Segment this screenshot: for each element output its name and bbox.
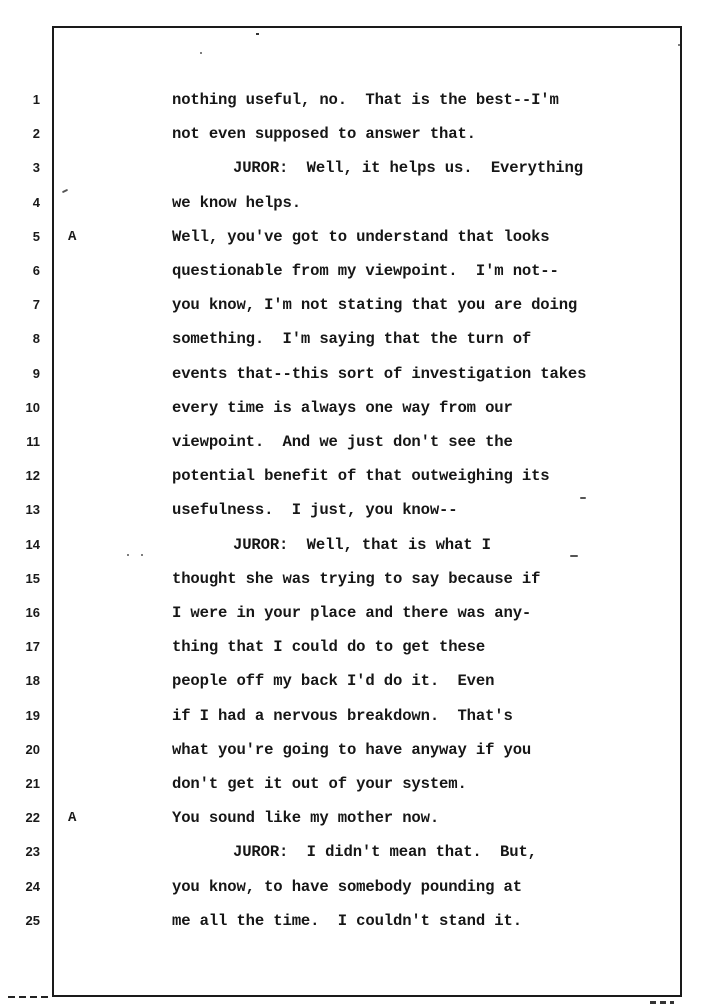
transcript-line: you know, I'm not stating that you are d… <box>172 296 577 314</box>
transcript-line: JUROR: Well, that is what I <box>233 536 491 554</box>
transcript-line: people off my back I'd do it. Even <box>172 672 494 690</box>
line-number: 20 <box>10 742 40 758</box>
transcript-line: don't get it out of your system. <box>172 775 467 793</box>
scan-speck <box>570 555 578 557</box>
line-number: 6 <box>10 263 40 279</box>
transcript-line: thought she was trying to say because if <box>172 570 540 588</box>
line-number: 9 <box>10 366 40 382</box>
transcript-line: Well, you've got to understand that look… <box>172 228 550 246</box>
answer-marker: A <box>68 229 76 245</box>
transcript-line: you know, to have somebody pounding at <box>172 878 522 896</box>
transcript-line: usefulness. I just, you know-- <box>172 501 457 519</box>
scan-speck <box>200 52 202 54</box>
line-number: 11 <box>10 434 40 450</box>
line-number: 16 <box>10 605 40 621</box>
transcript-line: thing that I could do to get these <box>172 638 485 656</box>
scan-speck <box>678 44 680 46</box>
line-number: 23 <box>10 844 40 860</box>
line-number: 18 <box>10 673 40 689</box>
transcript-line: if I had a nervous breakdown. That's <box>172 707 513 725</box>
line-number: 1 <box>10 92 40 108</box>
answer-marker: A <box>68 810 76 826</box>
line-number: 13 <box>10 502 40 518</box>
transcript-line: something. I'm saying that the turn of <box>172 330 531 348</box>
line-number: 25 <box>10 913 40 929</box>
scan-speck <box>127 554 129 556</box>
line-number: 21 <box>10 776 40 792</box>
line-number: 8 <box>10 331 40 347</box>
transcript-line: what you're going to have anyway if you <box>172 741 531 759</box>
transcript-line: JUROR: I didn't mean that. But, <box>233 843 537 861</box>
line-number: 15 <box>10 571 40 587</box>
scan-speck <box>580 497 586 499</box>
scan-artifact-mark <box>256 33 259 35</box>
transcript-line: viewpoint. And we just don't see the <box>172 433 513 451</box>
scan-speck <box>141 554 143 556</box>
transcript-line: we know helps. <box>172 194 301 212</box>
line-number: 5 <box>10 229 40 245</box>
transcript-line: JUROR: Well, it helps us. Everything <box>233 159 583 177</box>
page-number-fragment <box>650 1001 674 1004</box>
line-number: 10 <box>10 400 40 416</box>
transcript-line: questionable from my viewpoint. I'm not-… <box>172 262 559 280</box>
line-number: 12 <box>10 468 40 484</box>
line-number: 19 <box>10 708 40 724</box>
line-number: 2 <box>10 126 40 142</box>
line-number: 24 <box>10 879 40 895</box>
transcript-line: nothing useful, no. That is the best--I'… <box>172 91 559 109</box>
transcript-line: events that--this sort of investigation … <box>172 365 586 383</box>
transcript-line: not even supposed to answer that. <box>172 125 476 143</box>
transcript-line: every time is always one way from our <box>172 399 513 417</box>
line-number: 7 <box>10 297 40 313</box>
transcript-line: me all the time. I couldn't stand it. <box>172 912 522 930</box>
bottom-left-dashes <box>8 996 52 998</box>
transcript-line: potential benefit of that outweighing it… <box>172 467 550 485</box>
line-number: 17 <box>10 639 40 655</box>
line-number: 22 <box>10 810 40 826</box>
transcript-line: You sound like my mother now. <box>172 809 439 827</box>
transcript-line: I were in your place and there was any- <box>172 604 531 622</box>
line-number: 3 <box>10 160 40 176</box>
line-number: 4 <box>10 195 40 211</box>
line-number: 14 <box>10 537 40 553</box>
